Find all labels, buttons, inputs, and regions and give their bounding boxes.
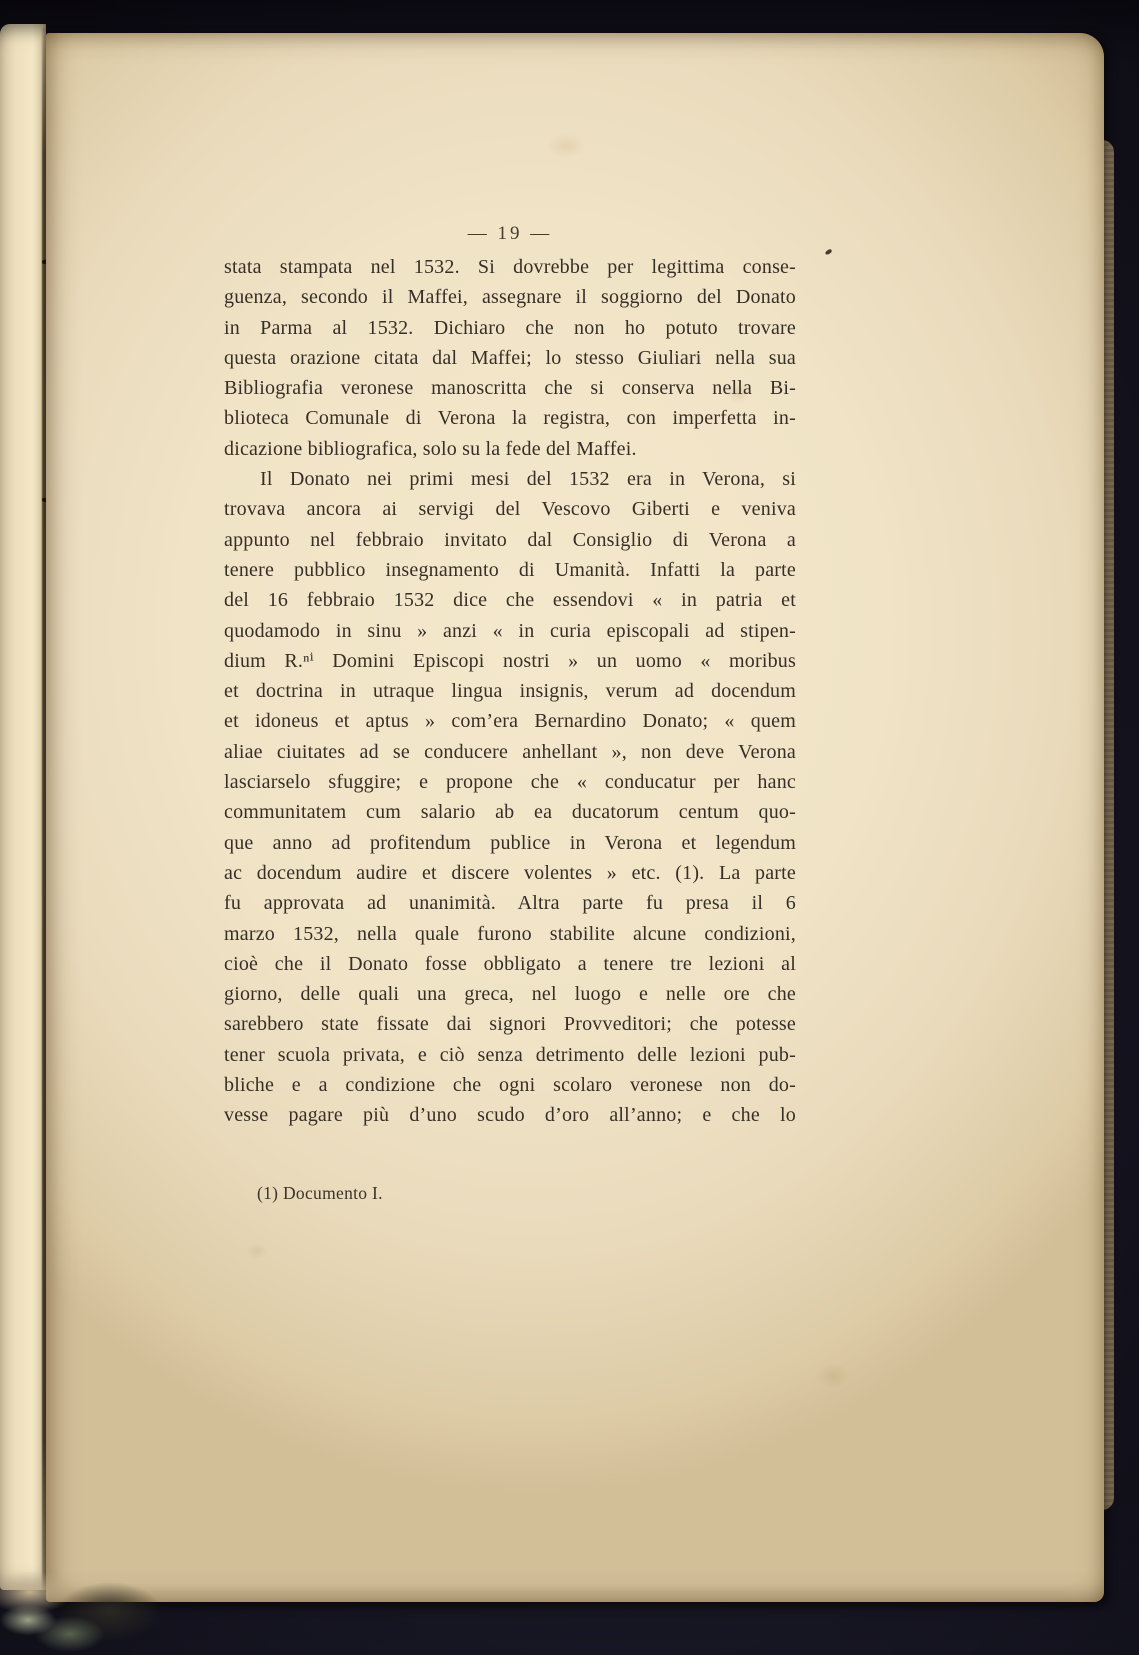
- paper-stain: [246, 1243, 268, 1259]
- text-line: communitatem cum salario ab ea ducatorum…: [224, 797, 796, 827]
- text-line: cioè che il Donato fosse obbligato a ten…: [224, 949, 796, 979]
- page-number: — 19 —: [224, 223, 796, 245]
- text-line: Il Donato nei primi mesi del 1532 era in…: [224, 464, 796, 494]
- text-line: et idoneus et aptus » com’era Bernardino…: [224, 706, 796, 736]
- text-line: aliae ciuitates ad se conducere anhellan…: [224, 737, 796, 767]
- text-line: quodamodo in sinu » anzi « in curia epis…: [224, 616, 796, 646]
- photo-background: — 19 — stata stampata nel 1532. Si dovre…: [0, 0, 1139, 1655]
- text-line: tenere pubblico insegnamento di Umanità.…: [224, 555, 796, 585]
- text-line: tener scuola privata, e ciò senza detrim…: [224, 1040, 796, 1070]
- text-line: vesse pagare più d’uno scudo d’oro all’a…: [224, 1100, 796, 1130]
- text-line: ac docendum audire et discere volentes »…: [224, 858, 796, 888]
- paper-stain: [816, 1363, 850, 1389]
- text-block: stata stampata nel 1532. Si dovrebbe per…: [224, 252, 796, 1131]
- text-line: trovava ancora ai servigi del Vescovo Gi…: [224, 494, 796, 524]
- text-line: marzo 1532, nella quale furono stabilite…: [224, 919, 796, 949]
- text-line: dium R.ⁿⁱ Domini Episcopi nostri » un uo…: [224, 646, 796, 676]
- text-line: Bibliografia veronese manoscritta che si…: [224, 373, 796, 403]
- footnote: (1) Documento I.: [257, 1183, 383, 1204]
- book-left-page-edges: [0, 24, 46, 1590]
- text-line: in Parma al 1532. Dichiaro che non ho po…: [224, 313, 796, 343]
- text-line: fu approvata ad unanimità. Altra parte f…: [224, 888, 796, 918]
- book-page: — 19 — stata stampata nel 1532. Si dovre…: [46, 33, 1104, 1602]
- text-line: giorno, delle quali una greca, nel luogo…: [224, 979, 796, 1009]
- text-line: et doctrina in utraque lingua insignis, …: [224, 676, 796, 706]
- text-line: lasciarselo sfuggire; e propone che « co…: [224, 767, 796, 797]
- text-line: questa orazione citata dal Maffei; lo st…: [224, 343, 796, 373]
- text-line: appunto nel febbraio invitato dal Consig…: [224, 525, 796, 555]
- text-line: que anno ad profitendum publice in Veron…: [224, 828, 796, 858]
- text-line: stata stampata nel 1532. Si dovrebbe per…: [224, 252, 796, 282]
- text-line: dicazione bibliografica, solo su la fede…: [224, 434, 796, 464]
- paragraph: Il Donato nei primi mesi del 1532 era in…: [224, 464, 796, 1131]
- text-line: guenza, secondo il Maffei, assegnare il …: [224, 282, 796, 312]
- text-line: blioteca Comunale di Verona la registra,…: [224, 403, 796, 433]
- ink-speck: [824, 249, 832, 256]
- text-line: sarebbero state fissate dai signori Prov…: [224, 1009, 796, 1039]
- text-line: bliche e a condizione che ogni scolaro v…: [224, 1070, 796, 1100]
- paper-stain: [546, 133, 586, 159]
- binding-grunge: [0, 1572, 160, 1655]
- text-line: del 16 febbraio 1532 dice che essendovi …: [224, 585, 796, 615]
- paragraph: stata stampata nel 1532. Si dovrebbe per…: [224, 252, 796, 464]
